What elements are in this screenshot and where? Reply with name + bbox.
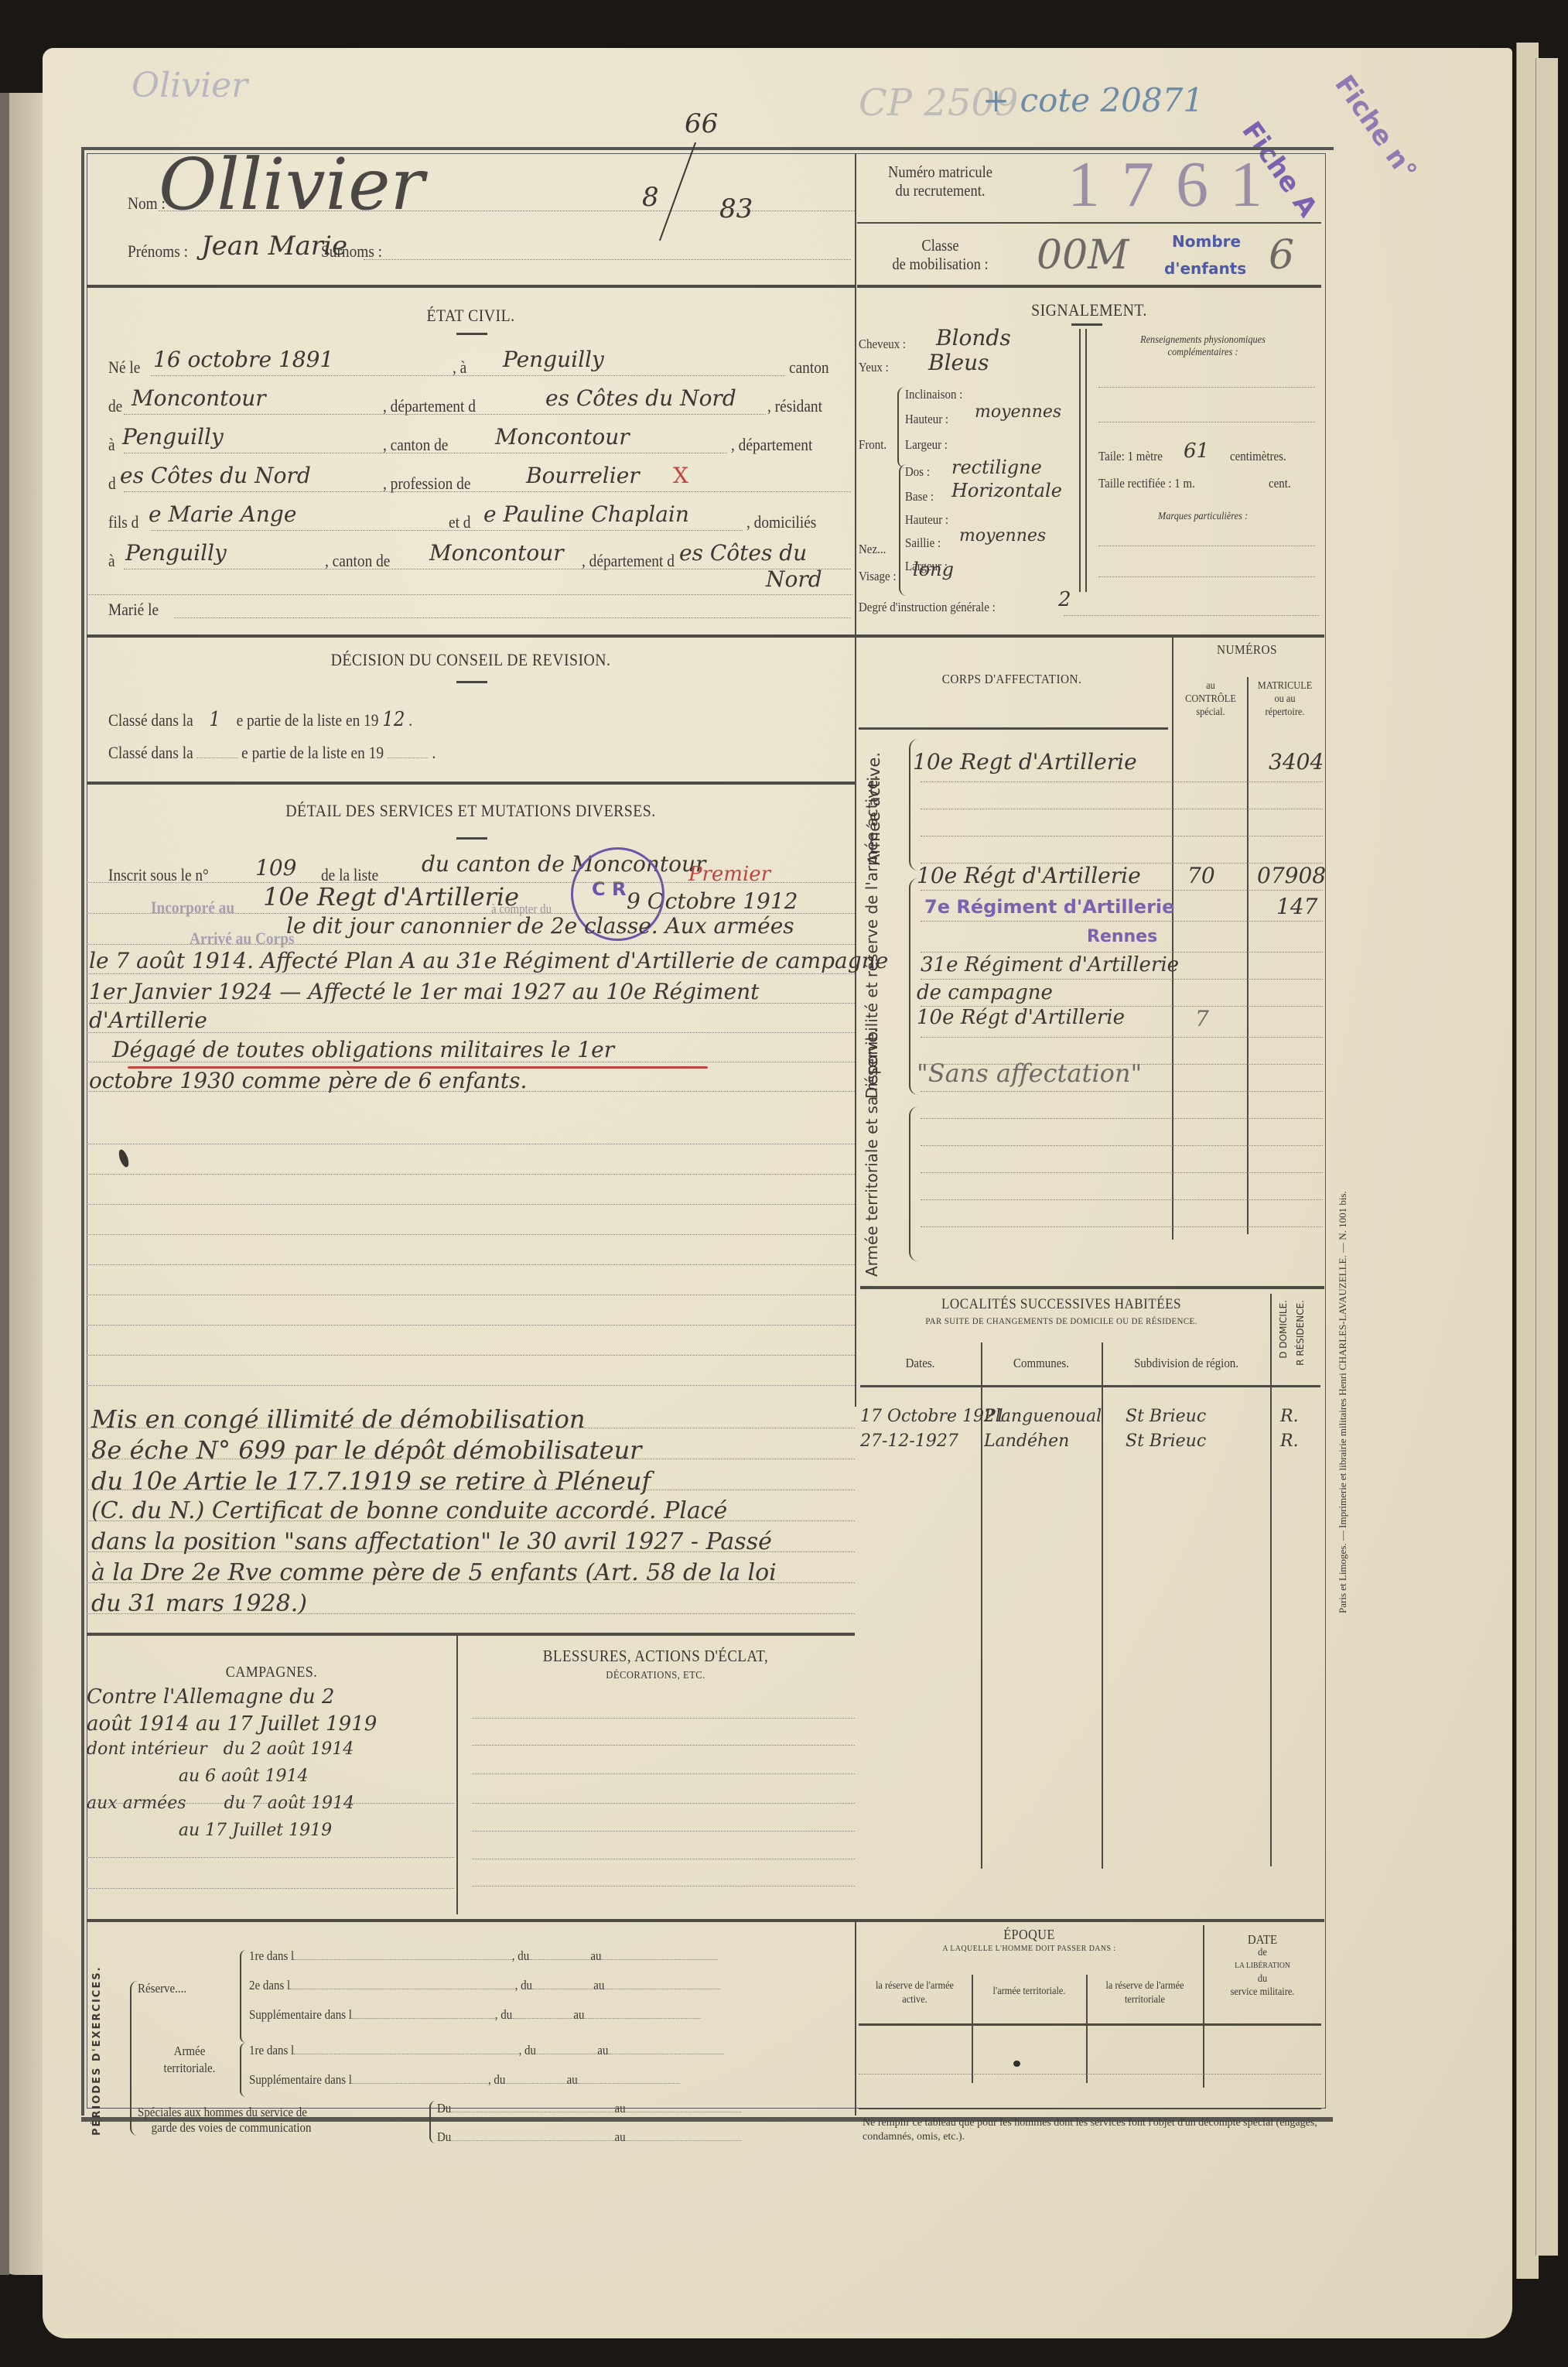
classe-row-1-prefix: Classé dans la [108,710,193,730]
cross-cote-annotation: + cote 20871 [982,81,1204,119]
periode-row-2: 2e dans l, duau [249,1978,720,1993]
dotted-line [151,375,785,376]
services-line-4: d'Artillerie [89,1007,207,1033]
dotted-line [921,1091,1323,1092]
dotted-line [87,882,855,883]
domicilies-label: , domiciliés [746,512,816,532]
nez-hauteur-label: Hauteur : [905,512,948,528]
campagne-line-3: dont intérieur du 2 août 1914 [87,1739,354,1759]
visage-label: Visage : [859,569,897,584]
fraction-left: 8 [642,182,659,213]
controle-header: au CONTRÔLE spécial. [1180,679,1241,719]
periode-row-2-label: 2e dans l [249,1978,290,1992]
residence-departement-value: es Côtes du Nord [120,463,311,488]
epoque-title: ÉPOQUE [874,1927,1184,1943]
dotted-line [472,1886,855,1886]
reserve-label: Réserve.... [138,1981,186,1996]
dotted-line [921,1064,1323,1065]
dr-header-domicile: D DOMICILE. [1278,1300,1289,1359]
periode-row-4-label: 1re dans l [249,2043,294,2057]
periode-row-4-au: au [597,2043,608,2057]
dotted-line [921,782,1323,782]
dotted-line [921,1118,1323,1119]
column-divider [855,153,856,1407]
campagnes-top-rule [87,1633,855,1636]
date-liberation-line1: DATE [1211,1933,1313,1946]
periode-row-6: Duau [437,2101,741,2116]
corps-header-rule [859,727,1168,730]
matricule-label-line1: Numéro matricule [867,162,1013,181]
matricule-rule [857,222,1321,224]
nez-base-label: Base : [905,489,934,505]
dotted-line [472,1859,855,1859]
periode-row-1: 1re dans l, duau [249,1948,717,1964]
corps-row-8: "Sans affectation" [917,1059,1142,1088]
dotted-line [921,836,1323,836]
dotted-line [1098,576,1315,577]
dotted-line [921,1145,1323,1146]
front-label: Front. [859,437,886,453]
form-frame-inner [87,153,1326,2109]
epoque-subtitle: A LAQUELLE L'HOMME DOIT PASSER DANS : [874,1944,1184,1953]
col-communes-header: Communes. [989,1356,1093,1371]
dotted-line [124,491,851,492]
corps-divider [1172,636,1173,1240]
residence-canton-value: Moncontour [495,424,630,450]
numeros-divider [1247,677,1249,1234]
dotted-line [87,1582,855,1583]
blessures-subtitle: DÉCORATIONS, ETC. [477,1670,835,1682]
ne-le-label: Né le [108,357,140,378]
dotted-line [87,1234,855,1235]
pencil-name-annotation: Olivier [132,66,248,105]
dotted-line [921,952,1323,953]
periode-row-7-au: au [614,2129,625,2144]
front-inclinaison-label: Inclinaison : [905,387,962,402]
domicile-a-label: à [108,551,115,571]
date-liberation-line2: de [1211,1946,1313,1959]
dotted-line [87,594,852,595]
nez-brace [899,464,907,596]
dotted-line [87,1032,855,1033]
matricule-col-header: MATRICULE ou au répertoire. [1254,679,1317,719]
inscrit-value: 109 [255,855,296,881]
periode-row-1-du: , du [512,1948,529,1963]
matricule-col-header-line3: répertoire. [1254,706,1317,719]
controle-header-line2: CONTRÔLE [1180,693,1241,706]
corps-row-2: 10e Régt d'Artillerie [917,863,1141,888]
date-liberation-line4: du [1211,1972,1313,1986]
domicile-departement-value-cont: Nord [766,566,822,592]
incorpore-label: Incorporé au [151,898,234,918]
dotted-line [921,1037,1323,1038]
periode-row-7: Duau [437,2129,741,2145]
epoque-divider [855,1922,856,2116]
dotted-line [87,1551,855,1552]
localite-row-1-dr: R. [1280,1407,1299,1426]
pere-value: e Marie Ange [149,501,296,527]
epoque-bottom-rule [859,2108,1321,2109]
localite-row-1-subdivision: St Brieuc [1126,1407,1206,1426]
periode-row-3: Supplémentaire dans l, duau [249,2007,700,2023]
matricule-label: Numéro matricule du recrutement. [867,162,1013,200]
periode-row-3-au: au [573,2007,584,2022]
epoque-col-divider [1086,1975,1088,2083]
dotted-line [921,1006,1323,1007]
dotted-line [87,1459,855,1459]
corps-row-7: 10e Régt d'Artillerie [917,1006,1125,1029]
classe-row-2-middle: e partie de la liste en 19 [241,743,384,762]
dotted-line [87,1295,855,1295]
epoque-col-reserve-territoriale: la réserve de l'armée territoriale [1095,1979,1195,2007]
canton-value: Moncontour [132,385,266,411]
localite-row-2-dr: R. [1280,1431,1299,1451]
section-brace [909,1107,918,1261]
dotted-line [472,1803,855,1804]
signalement-title: SIGNALEMENT. [880,300,1298,320]
controle-header-line1: au [1180,679,1241,693]
localite-row-2-date: 27-12-1927 [860,1431,958,1451]
dotted-line [87,1204,855,1205]
matricule-label-line2: du recrutement. [867,181,1013,200]
localite-row-1-commune: Planguenoual [984,1407,1102,1426]
dotted-line [921,1226,1323,1227]
periode-row-7-label: Du [437,2129,451,2144]
dotted-line [859,2074,1321,2075]
services-line-2: le 7 août 1914. Affecté Plan A au 31e Ré… [89,948,888,973]
enfants-value: 6 [1269,232,1294,279]
decision-title: DÉCISION DU CONSEIL DE REVISION. [125,650,817,670]
marie-dotted-line [174,617,851,618]
localites-title: LOCALITÉS SUCCESSIVES HABITÉES [880,1296,1242,1313]
dotted-line [921,890,1323,891]
epoque-col-territoriale: l'armée territoriale. [980,1985,1079,1999]
dotted-line [87,1174,855,1175]
residence-value: Penguilly [122,424,224,450]
title-underline [456,837,487,840]
classe-row-2: Classé dans la e partie de la liste en 1… [108,743,436,763]
periode-row-5-label: Supplémentaire dans l [249,2072,352,2087]
speciales-label-line1: Spéciales aux hommes du service de [138,2105,311,2120]
territoriale-label-line1: Armée [138,2043,241,2060]
liste-value: du canton de Moncontour [422,851,705,877]
profession-red-mark: X [673,463,688,488]
classe-row-2-prefix: Classé dans la [108,743,193,762]
renseignements-line1: Renseignements physionomiques [1104,334,1301,347]
campagne-line-6: au 17 Juillet 1919 [87,1821,332,1840]
dotted-line [87,1003,855,1004]
stamp-nombre: Nombre [1172,232,1241,251]
periodes-side-label: PÉRIODES D'EXERCICES. [91,1981,103,2136]
mere-value: e Pauline Chaplain [483,501,689,527]
dotted-line [87,1062,855,1062]
dotted-line [921,863,1323,864]
campagne-line-2: août 1914 au 17 Juillet 1919 [87,1712,377,1736]
dotted-line [87,1888,454,1889]
front-largeur-label: Largeur : [905,437,948,453]
dotted-line [87,1857,454,1858]
printer-imprint: Paris et Limoges. — Imprimerie et librai… [1337,1288,1349,1613]
corps-row-6: de campagne [917,981,1053,1004]
dr-header-residence: R RÉSIDENCE. [1295,1300,1306,1366]
communes-divider [1102,1343,1103,1869]
epoque-col-divider [972,1975,973,2083]
corps-row-2-controle: 70 [1187,863,1215,888]
date-liberation-line5: service militaire. [1211,1986,1313,1999]
nez-dos-label: Dos : [905,464,930,480]
date-liberation-divider [1203,1925,1204,2088]
periode-row-6-label: Du [437,2101,451,2116]
territoriale-label: Armée territoriale. [138,2043,241,2077]
dotted-line [87,1520,855,1521]
departement-value: es Côtes du Nord [545,385,736,411]
dotted-line [921,1199,1323,1200]
corps-row-1: 10e Regt d'Artillerie [913,749,1137,775]
dotted-line [1098,422,1315,422]
degre-instruction-value: 2 [1058,588,1071,611]
dotted-line [87,1144,855,1144]
dotted-line [1098,387,1315,388]
ne-le-value: 16 octobre 1891 [153,347,333,372]
demob-line-2: 8e éche N° 699 par le dépôt démobilisate… [91,1435,641,1465]
campagne-line-4: au 6 août 1914 [87,1767,309,1786]
dotted-line [87,1091,855,1092]
speciales-label-line2: garde des voies de communication [138,2120,311,2136]
dotted-line [472,1745,855,1746]
ink-dot [1013,2061,1020,2067]
corps-header: CORPS D'AFFECTATION. [873,672,1151,687]
dotted-line [921,809,1323,809]
residant-label: , résidant [767,396,822,416]
localites-dr-divider [1270,1294,1272,1866]
degre-instruction-label: Degré d'instruction générale : [859,600,996,615]
nez-base-value: Horizontale [951,480,1062,501]
periodes-brace [130,1981,138,2136]
localites-subtitle: PAR SUITE DE CHANGEMENTS DE DOMICILE OU … [880,1315,1242,1327]
demob-line-1: Mis en congé illimité de démobilisation [91,1404,585,1434]
col-dates-header: Dates. [867,1356,972,1371]
col-subdivision-header: Subdivision de région. [1113,1356,1259,1371]
dotted-line [87,1264,855,1265]
fraction-bottom: 83 [719,193,753,224]
renseignements-label: Renseignements physionomiques complément… [1104,334,1301,359]
prenoms-label: Prénoms : [128,241,188,262]
nom-value: Ollivier [159,143,425,226]
dotted-line [87,1428,855,1428]
services-title: DÉTAIL DES SERVICES ET MUTATIONS DIVERSE… [125,801,817,821]
de-label: de [108,396,122,416]
domicile-value: Penguilly [125,540,227,566]
matricule-value: 1761 [1068,147,1284,222]
periode-row-3-label: Supplémentaire dans l [249,2007,352,2022]
renseignements-line2: complémentaires : [1104,347,1301,359]
classe-row-1: Classé dans la 1 e partie de la liste en… [108,708,412,731]
corps-row-3-matricule: 147 [1276,894,1317,919]
numeros-header: NUMÉROS [1181,642,1313,658]
dotted-line [921,1172,1323,1173]
title-underline [456,333,487,335]
title-underline [456,681,487,683]
campagnes-title: CAMPAGNES. [105,1664,438,1681]
surnoms-dotted-line [364,259,851,260]
classe-label-line1: Classe [867,236,1013,255]
etat-civil-top-rule [87,285,855,288]
etat-civil-title: ÉTAT CIVIL. [125,306,817,326]
classe-row-1-year: 12 [382,708,405,731]
campagnes-divider [456,1636,458,1914]
dotted-line [1064,615,1319,616]
lieu-naissance-value: Penguilly [503,347,604,372]
periode-row-6-au: au [614,2101,625,2116]
nez-value: moyennes [959,526,1046,546]
services-line-5: Dégagé de toutes obligations militaires … [112,1037,614,1062]
dr-header: D DOMICILE. R RÉSIDENCE. [1278,1300,1317,1385]
epoque-col-reserve-active: la réserve de l'armée active. [866,1979,965,2007]
periode-row-1-au: au [590,1948,601,1963]
periodes-top-rule [87,1919,1324,1922]
periode-row-1-label: 1re dans l [249,1948,294,1963]
classe-label: Classe de mobilisation : [867,236,1013,273]
taille-rectifiee-label: Taille rectifiée : 1 m. [1098,476,1195,491]
des-label: d [108,474,116,494]
classe-row-1-partie: 1 [209,708,220,731]
taille-label: Taile: 1 mètre [1098,449,1163,464]
epoque-note: Ne remplir ce tableau que pour les homme… [863,2116,1319,2144]
classe-value: 00M [1037,232,1129,279]
taille-unit: centimètres. [1230,449,1286,464]
speciales-label: Spéciales aux hommes du service de garde… [138,2105,311,2136]
speciales-brace [429,2101,436,2143]
corps-row-7-controle: 7 [1195,1006,1209,1031]
corps-row-2-matricule: 07908 [1257,863,1326,888]
section-territoriale: Armée territoriale et sa réserve. [863,1099,881,1277]
canton-label: canton [789,357,829,378]
dotted-line [87,913,855,914]
services-line-6: octobre 1930 comme père de 6 enfants. [89,1068,527,1093]
residence-a-label: à [108,435,115,455]
section-territoriale-line1: Armée territoriale [863,1139,881,1277]
matricule-col-header-line1: MATRICULE [1254,679,1317,693]
dotted-line [472,1718,855,1719]
fils-label: fils d [108,512,138,532]
front-brace [897,387,905,468]
periode-row-3-du: , du [495,2007,512,2022]
nez-saillie-label: Saillie : [905,535,941,551]
section-territoriale-line2: et sa réserve. [863,1028,881,1134]
localites-header-rule [860,1385,1320,1387]
periode-row-4: 1re dans l, duau [249,2043,724,2058]
fraction-top: 66 [685,108,718,139]
corps-row-3-stamp: 7e Régiment d'Artillerie [924,896,1174,918]
dotted-line [87,1325,855,1325]
classe-row-1-middle: e partie de la liste en 19 [237,710,379,730]
profession-value: Bourrelier [526,463,640,488]
services-line-1: le dit jour canonnier de 2e classe. Aux … [286,913,794,939]
controle-header-line3: spécial. [1180,706,1241,719]
domicile-departement-value: es Côtes du [679,540,807,566]
arrive-label: Arrivé au Corps [190,929,295,949]
dotted-line [151,530,743,531]
dotted-line [87,973,855,974]
cheveux-label: Cheveux : [859,337,906,352]
dotted-line [472,1831,855,1832]
periode-row-2-au: au [593,1978,604,1992]
dotted-line [87,1803,454,1804]
incorpore-value: 10e Regt d'Artillerie [263,882,519,912]
territoriale-label-line2: territoriale. [138,2060,241,2077]
dotted-line [472,1774,855,1774]
dotted-line [87,1490,855,1490]
periode-row-2-du: , du [515,1978,532,1992]
dotted-line [87,1613,855,1614]
nez-label: Nez... [859,542,886,557]
visage-value: long [913,559,954,580]
classe-rule [857,285,1321,288]
localites-top-rule [860,1286,1324,1289]
section-disponibilite-line2: de l'armée active. [863,775,881,914]
signalement-divider [1079,329,1087,592]
localite-row-2-commune: Landéhen [984,1431,1069,1451]
classe-label-line2: de mobilisation : [867,255,1013,273]
decision-top-rule [87,635,1324,638]
dotted-line [124,453,727,453]
localite-row-2-subdivision: St Brieuc [1126,1431,1206,1451]
marie-label: Marié le [108,600,159,620]
reserve-brace [240,1950,246,2043]
matricule-col-header-line2: ou au [1254,693,1317,706]
title-underline [1071,323,1102,326]
dotted-line [87,1385,855,1386]
taille-rectifiee-unit: cent. [1269,476,1291,491]
dotted-line [921,921,1323,922]
demob-line-3: du 10e Artie le 17.7.1919 se retire à Pl… [91,1466,651,1496]
periode-row-5-au: au [567,2072,578,2087]
taille-value: 61 [1184,440,1209,463]
date-liberation-line3: LA LIBÉRATION [1211,1959,1313,1972]
yeux-value: Bleus [928,350,989,375]
page-stack-edge [1536,58,1558,2256]
front-value: moyennes [975,402,1061,422]
epoque-header-rule [859,2023,1321,2026]
residence-departement-label: , département [731,435,812,455]
campagne-line-1: Contre l'Allemagne du 2 [87,1685,334,1709]
services-line-3: 1er Janvier 1924 — Affecté le 1er mai 19… [89,979,759,1004]
dotted-line [124,569,851,570]
left-page-shadow [0,93,9,2275]
domicile-canton-value: Moncontour [429,540,564,566]
cheveux-value: Blonds [936,325,1011,351]
nez-dos-value: rectiligne [951,457,1042,478]
services-top-rule [87,782,855,785]
territoriale-brace [240,2043,246,2097]
periode-row-4-du: , du [519,2043,536,2057]
periode-row-5-du: , du [488,2072,505,2087]
yeux-label: Yeux : [859,360,889,375]
date-liberation-header: DATE de LA LIBÉRATION du service militai… [1211,1933,1313,1999]
corps-row-1-matricule: 3404 [1269,749,1324,775]
front-hauteur-label: Hauteur : [905,412,948,427]
corps-row-4-stamp: Rennes [1087,927,1157,946]
corps-row-5: 31e Régiment d'Artillerie [921,953,1179,977]
marques-label: Marques particulières : [1104,511,1301,523]
dotted-line [921,979,1323,980]
dotted-line [124,414,766,415]
blessures-title: BLESSURES, ACTIONS D'ÉCLAT, [477,1647,835,1666]
stamp-enfants: d'enfants [1164,259,1246,278]
dotted-line [1098,546,1315,546]
dotted-line [87,1355,855,1356]
periode-row-5: Supplémentaire dans l, duau [249,2072,680,2088]
